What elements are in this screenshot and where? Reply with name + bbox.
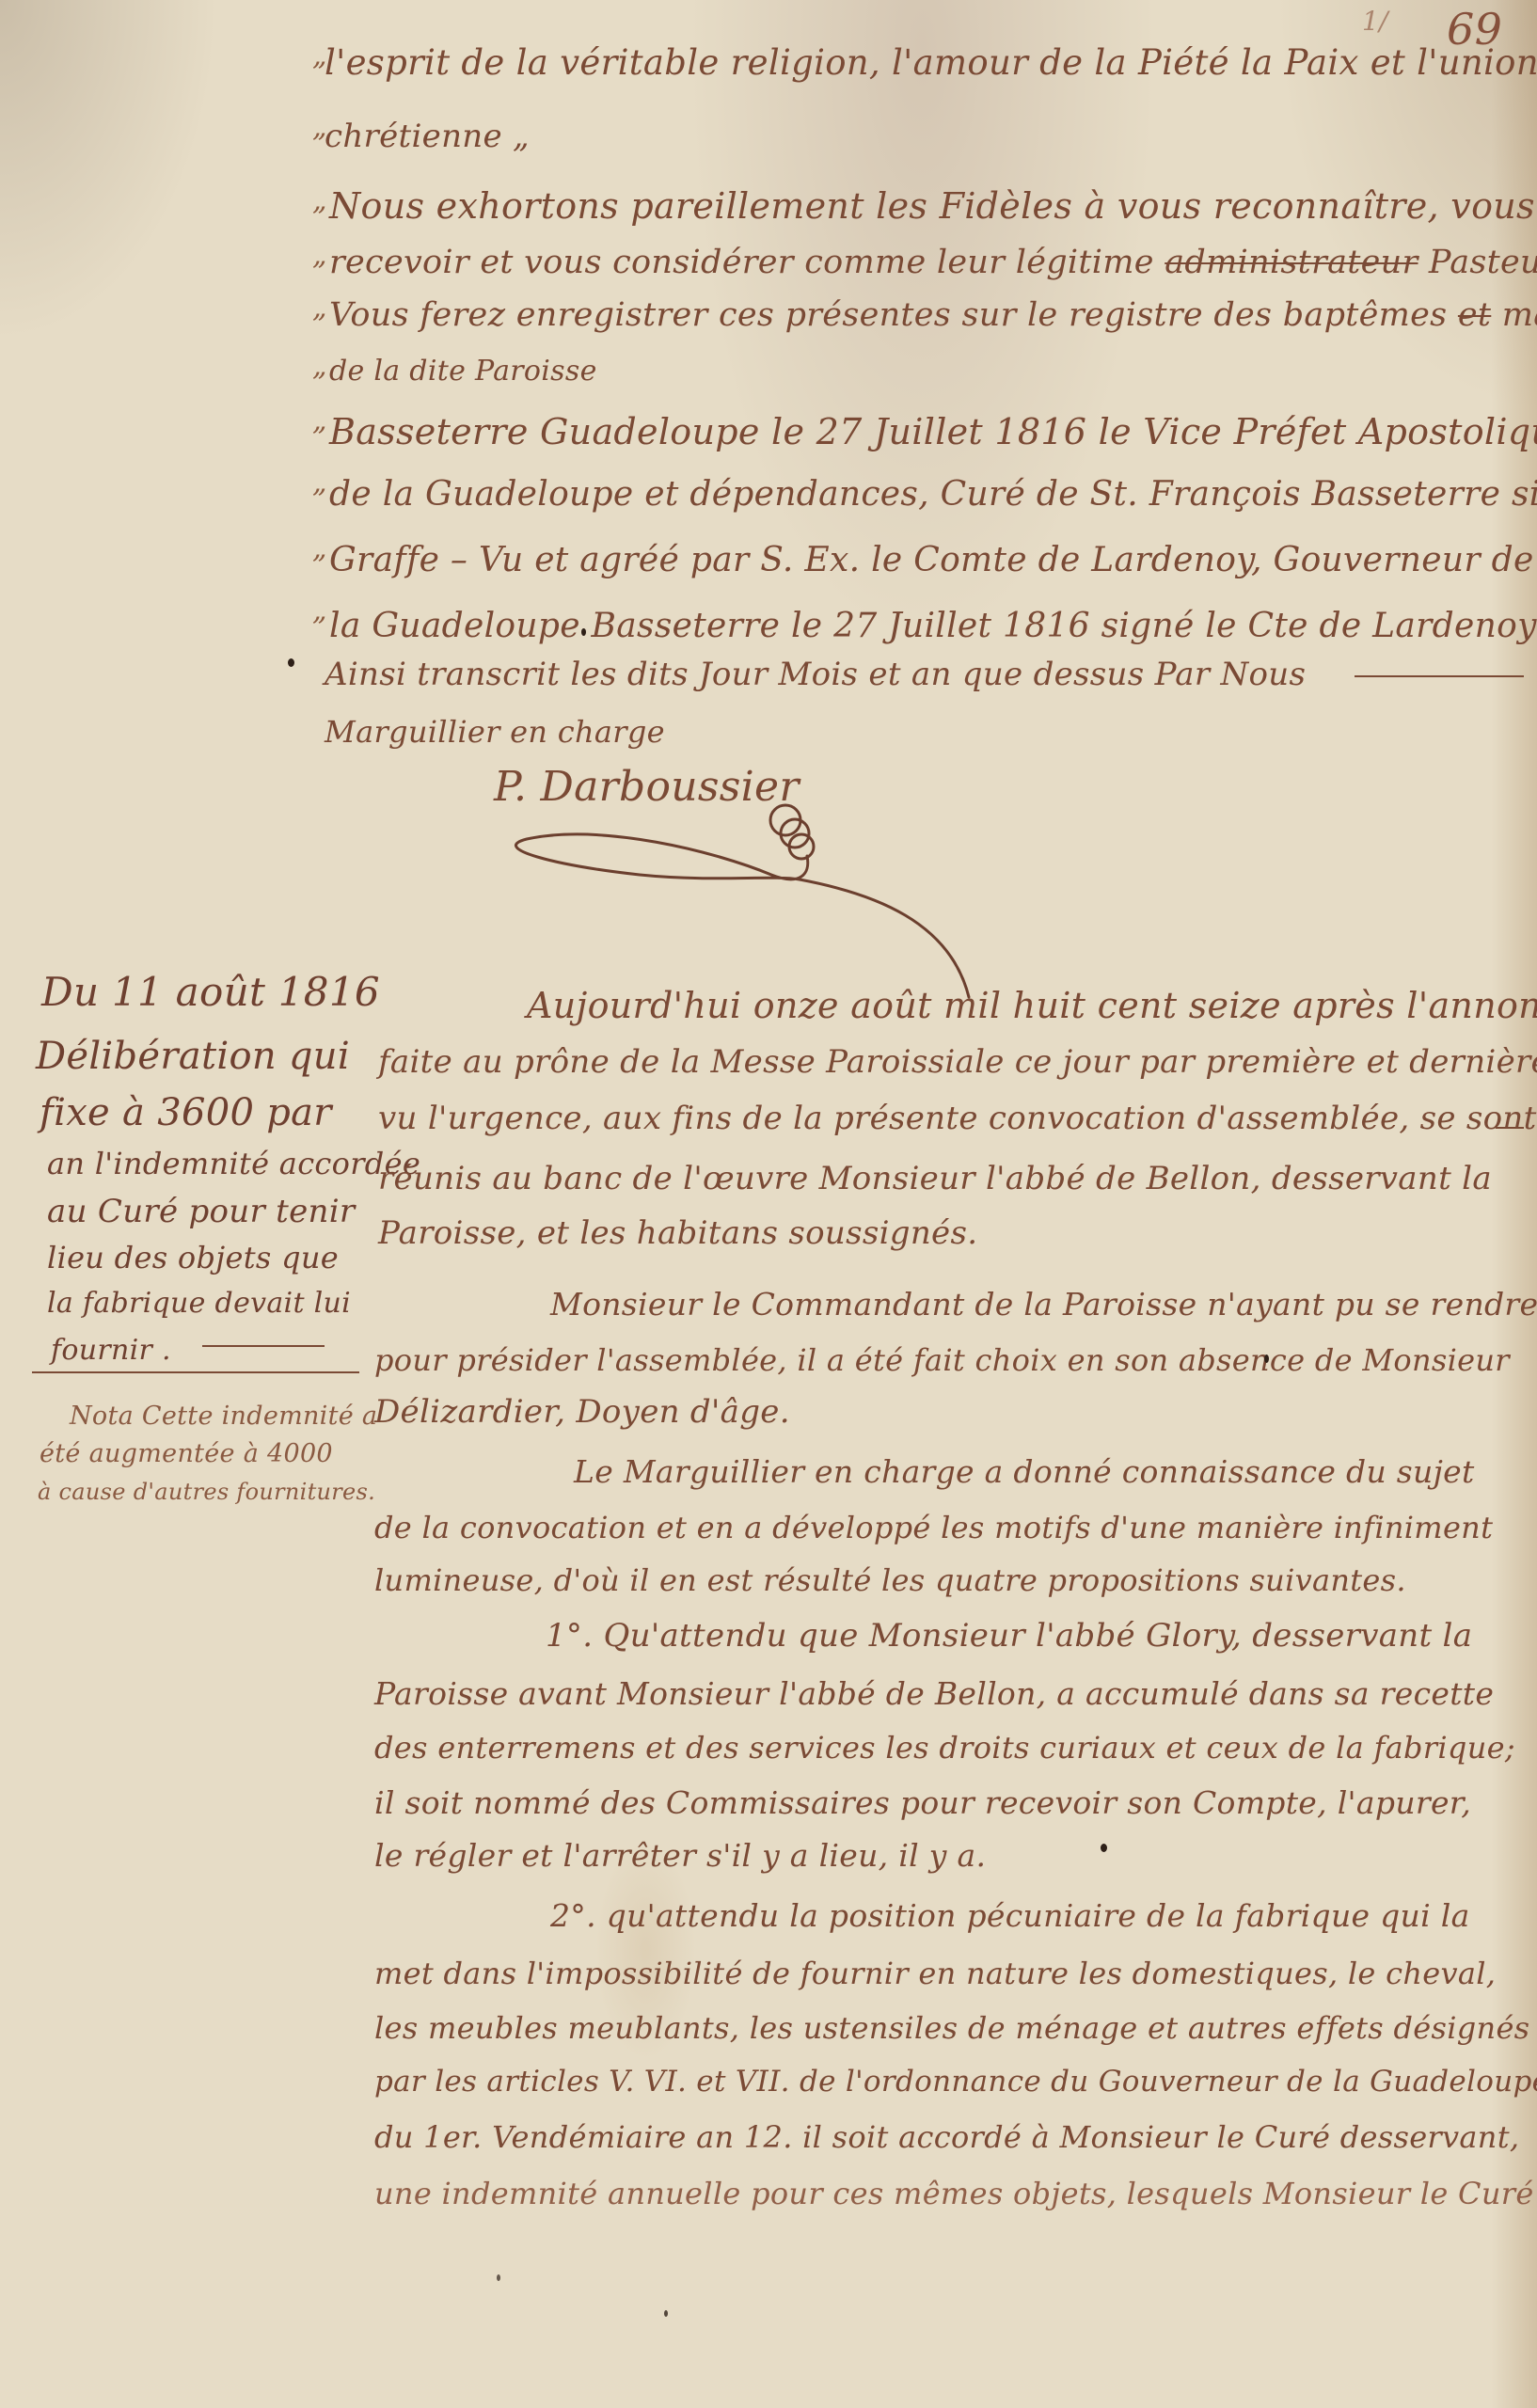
ink-dot — [581, 628, 586, 636]
quote-mark: „ — [312, 292, 327, 325]
margin-line: la fabrique devait lui — [47, 1287, 351, 1320]
margin-line: lieu des objets que — [47, 1240, 339, 1275]
text-line: du 1er. Vendémiaire an 12. il soit accor… — [374, 2122, 1519, 2152]
text-line: Vous ferez enregistrer ces présentes sur… — [329, 299, 1537, 332]
line-filler-rule — [1355, 675, 1524, 677]
ink-dot — [664, 2310, 668, 2317]
text-line: Aujourd'hui onze août mil huit cent seiz… — [527, 988, 1537, 1023]
text-line: de la Guadeloupe et dépendances, Curé de… — [329, 478, 1537, 512]
margin-line: fixe à 3600 par — [40, 1091, 332, 1134]
ink-dot — [497, 2274, 500, 2281]
text-line: de la dite Paroisse — [329, 357, 597, 386]
margin-line: an l'indemnité accordée — [47, 1146, 420, 1181]
text-line: par les articles V. VI. et VII. de l'ord… — [374, 2067, 1537, 2097]
nota-line: Nota Cette indemnité a — [70, 1402, 377, 1431]
transcription-note: Ainsi transcrit les dits Jour Mois et an… — [325, 658, 1306, 690]
line-end-dash — [1496, 1127, 1524, 1129]
signature: P. Darboussier — [494, 767, 800, 808]
text-line: 2°. qu'attendu la position pécuniaire de… — [550, 1900, 1470, 1931]
margin-line: fournir . — [51, 1334, 171, 1367]
signer-role: Marguillier en charge — [325, 717, 665, 747]
struck-word: et — [1458, 296, 1491, 334]
text-line: vu l'urgence, aux fins de la présente co… — [378, 1102, 1537, 1134]
text-line: des enterremens et des services les droi… — [374, 1733, 1515, 1763]
manuscript-page: 1/ 69 „ „ „ „ „ „ „ „ „ „ l'esprit de la… — [0, 0, 1537, 2408]
ink-dot — [1264, 1354, 1269, 1363]
quote-mark: „ — [312, 532, 327, 565]
text-line: chrétienne „ — [325, 120, 530, 152]
text-line: il soit nommé des Commissaires pour rece… — [374, 1787, 1471, 1818]
text-segment: Vous ferez enregistrer ces présentes sur… — [329, 296, 1447, 334]
text-line: 1°. Qu'attendu que Monsieur l'abbé Glory… — [546, 1620, 1472, 1652]
text-line: les meubles meublants, les ustensiles de… — [374, 2013, 1529, 2043]
text-line: la Guadeloupe Basseterre le 27 Juillet 1… — [329, 610, 1537, 643]
nota-line: à cause d'autres fournitures. — [38, 1479, 375, 1505]
text-line: une indemnité annuelle pour ces mêmes ob… — [374, 2178, 1534, 2209]
text-line: met dans l'impossibilité de fournir en n… — [374, 1958, 1496, 1988]
text-line: de la convocation et en a développé les … — [374, 1513, 1493, 1543]
text-line: Paroisse, et les habitans soussignés. — [378, 1217, 977, 1249]
text-line: Paroisse avant Monsieur l'abbé de Bellon… — [374, 1678, 1494, 1709]
quote-mark: „ — [312, 350, 327, 383]
text-line: Nous exhortons pareillement les Fidèles … — [329, 188, 1535, 224]
quote-mark: „ — [312, 594, 327, 627]
text-segment: recevoir et vous considérer comme leur l… — [329, 244, 1154, 281]
margin-date: Du 11 août 1816 — [41, 969, 380, 1015]
margin-dash-rule — [202, 1345, 325, 1347]
ink-dot — [1101, 1844, 1107, 1852]
margin-line: au Curé pour tenir — [47, 1193, 355, 1230]
margin-line: Délibération qui — [36, 1035, 350, 1078]
text-segment: mariages — [1502, 296, 1537, 334]
text-line: réunis au banc de l'œuvre Monsieur l'abb… — [378, 1163, 1492, 1195]
text-line: lumineuse, d'où il en est résulté les qu… — [374, 1565, 1406, 1595]
page-mark: 1/ — [1362, 6, 1388, 37]
quote-mark: „ — [312, 467, 327, 499]
text-line: faite au prône de la Messe Paroissiale c… — [378, 1046, 1537, 1078]
text-line: le régler et l'arrêter s'il y a lieu, il… — [374, 1840, 986, 1871]
margin-divider — [32, 1371, 359, 1373]
text-line: l'esprit de la véritable religion, l'amo… — [325, 45, 1537, 80]
quote-mark: „ — [312, 404, 327, 437]
quote-mark: „ — [312, 184, 327, 217]
text-line: Basseterre Guadeloupe le 27 Juillet 1816… — [329, 414, 1537, 450]
text-line: recevoir et vous considérer comme leur l… — [329, 246, 1537, 279]
nota-line: été augmentée à 4000 — [40, 1439, 333, 1468]
struck-word: administrateur — [1165, 244, 1418, 281]
text-line: pour présider l'assemblée, il a été fait… — [374, 1345, 1510, 1375]
text-line: Délizardier, Doyen d'âge. — [374, 1396, 790, 1428]
text-line: Graffe – Vu et agréé par S. Ex. le Comte… — [329, 544, 1534, 578]
text-line: Le Marguillier en charge a donné connais… — [574, 1456, 1475, 1487]
text-segment: Pasteur — [1429, 244, 1537, 281]
ink-dot — [288, 658, 294, 667]
quote-mark: „ — [312, 239, 327, 272]
text-line: Monsieur le Commandant de la Paroisse n'… — [550, 1289, 1537, 1320]
